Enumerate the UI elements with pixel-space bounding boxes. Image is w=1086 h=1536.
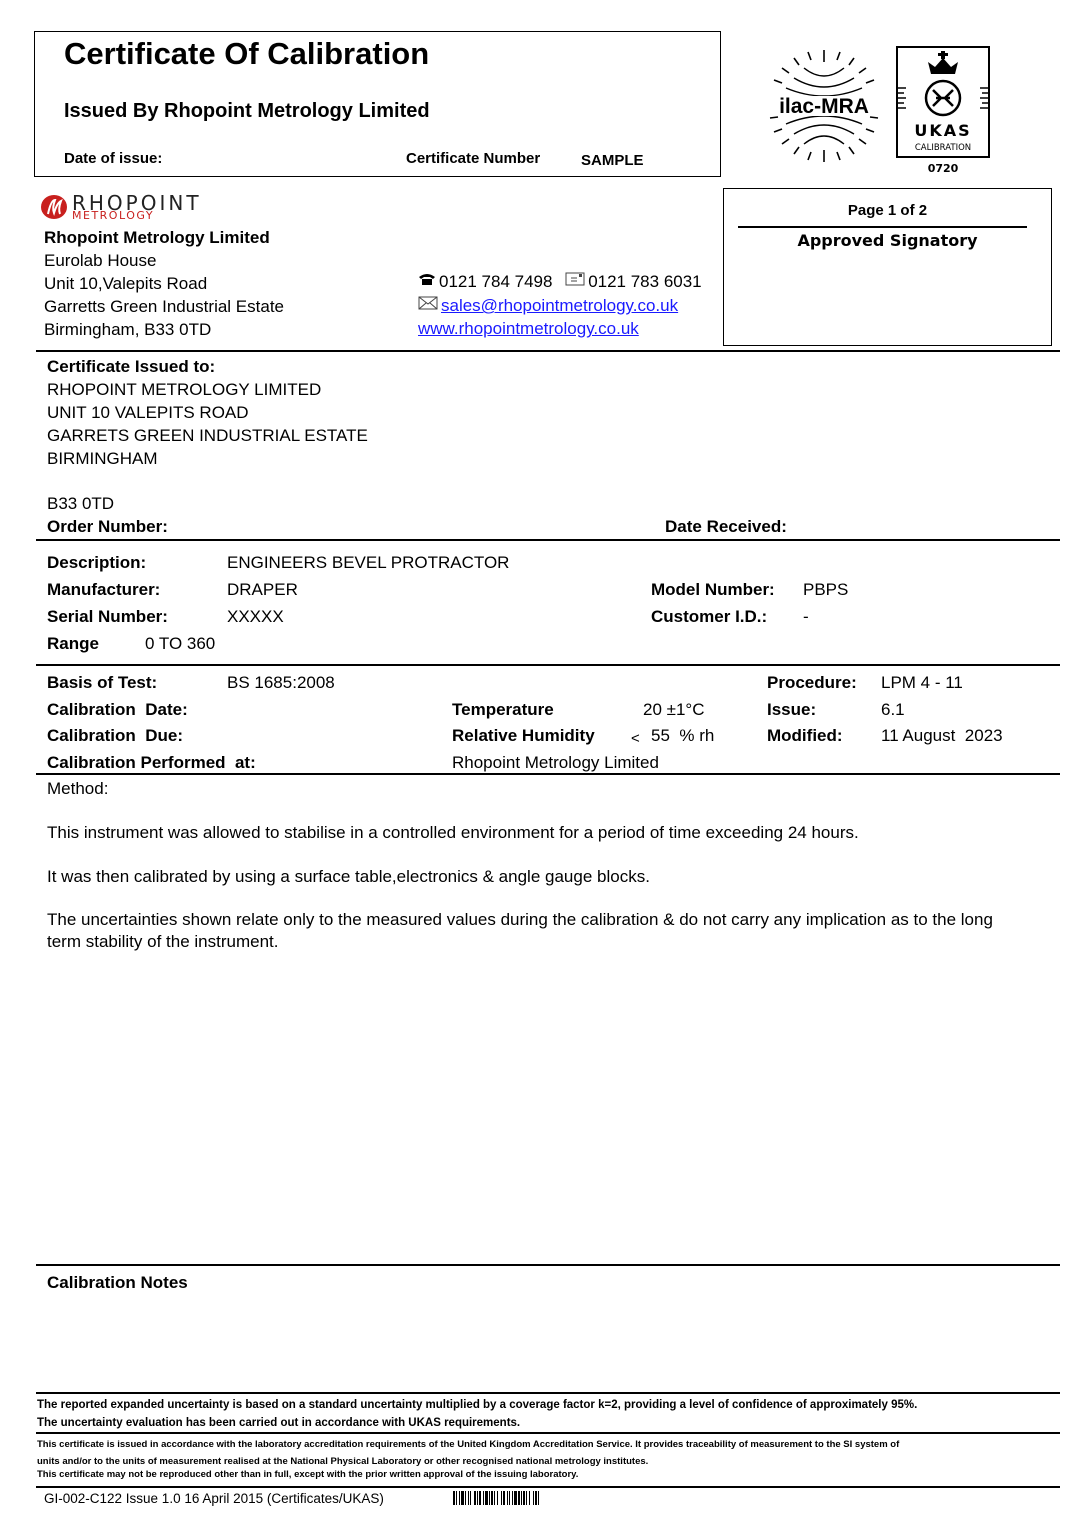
procedure-value: LPM 4 - 11 xyxy=(881,673,963,693)
fax-icon xyxy=(565,272,585,286)
signatory-divider xyxy=(738,226,1027,228)
fax-number: 0121 783 6031 xyxy=(588,272,701,291)
description-value: ENGINEERS BEVEL PROTRACTOR xyxy=(227,553,509,573)
issue-label: Issue: xyxy=(767,700,816,720)
contact-email-row: sales@rhopointmetrology.co.uk xyxy=(418,296,678,316)
company-address-line: Garretts Green Industrial Estate xyxy=(44,297,284,317)
order-number-label: Order Number: xyxy=(47,517,168,537)
modified-value: 11 August 2023 xyxy=(881,726,1003,746)
serial-number-label: Serial Number: xyxy=(47,607,168,627)
document-reference: GI-002-C122 Issue 1.0 16 April 2015 (Cer… xyxy=(44,1491,384,1506)
calibration-notes-label: Calibration Notes xyxy=(47,1273,188,1293)
ukas-accreditation-number: 0720 xyxy=(896,162,990,175)
issued-to-line: RHOPOINT METROLOGY LIMITED xyxy=(47,380,321,400)
performed-at-value: Rhopoint Metrology Limited xyxy=(452,753,659,773)
method-label: Method: xyxy=(47,779,108,799)
contact-phone-fax-row: 0121 784 7498 0121 783 6031 xyxy=(418,272,702,292)
date-of-issue-label: Date of issue: xyxy=(64,150,162,167)
legal-statement: This certificate is issued in accordance… xyxy=(37,1439,899,1450)
issued-to-line: B33 0TD xyxy=(47,494,114,514)
legal-statement: units and/or to the units of measurement… xyxy=(37,1456,648,1467)
method-paragraph: It was then calibrated by using a surfac… xyxy=(47,867,650,887)
company-name: Rhopoint Metrology Limited xyxy=(44,228,270,248)
date-received-label: Date Received: xyxy=(665,517,787,537)
calibration-due-label: Calibration Due: xyxy=(47,726,183,746)
range-label: Range xyxy=(47,634,99,654)
page-indicator: Page 1 of 2 xyxy=(724,202,1051,219)
uncertainty-statement: The reported expanded uncertainty is bas… xyxy=(37,1399,917,1411)
barcode-icon xyxy=(453,1491,639,1505)
issuer-subtitle: Issued By Rhopoint Metrology Limited xyxy=(64,100,430,123)
model-number-value: PBPS xyxy=(803,580,848,600)
rhopoint-logo: RHOPOINT METROLOGY xyxy=(40,192,270,222)
section-divider xyxy=(36,350,1060,352)
issued-to-label: Certificate Issued to: xyxy=(47,357,215,377)
basis-of-test-label: Basis of Test: xyxy=(47,673,157,693)
customer-id-value: - xyxy=(803,607,809,627)
legal-statement: This certificate may not be reproduced o… xyxy=(37,1469,578,1480)
logo-sub-text: METROLOGY xyxy=(72,209,154,222)
method-paragraph: This instrument was allowed to stabilise… xyxy=(47,823,859,843)
certificate-number-label: Certificate Number xyxy=(406,150,540,167)
uncertainty-statement: The uncertainty evaluation has been carr… xyxy=(37,1417,520,1429)
contact-website-row: www.rhopointmetrology.co.uk xyxy=(418,319,639,339)
ilac-mra-icon: ilac-MRA xyxy=(764,46,884,166)
company-address-line: Unit 10,Valepits Road xyxy=(44,274,207,294)
issue-value: 6.1 xyxy=(881,700,905,720)
section-divider xyxy=(36,773,1060,775)
rhopoint-swirl-icon xyxy=(40,194,68,220)
approved-signatory-label: Approved Signatory xyxy=(724,231,1051,250)
company-address-line: Birmingham, B33 0TD xyxy=(44,320,211,340)
certificate-title: Certificate Of Calibration xyxy=(64,36,429,72)
customer-id-label: Customer I.D.: xyxy=(651,607,767,627)
model-number-label: Model Number: xyxy=(651,580,775,600)
signatory-box: Page 1 of 2 Approved Signatory xyxy=(723,188,1052,346)
description-label: Description: xyxy=(47,553,146,573)
calibration-date-label: Calibration Date: xyxy=(47,700,188,720)
footer-divider xyxy=(36,1392,1060,1394)
envelope-icon xyxy=(418,296,438,310)
modified-label: Modified: xyxy=(767,726,843,746)
serial-number-value: XXXXX xyxy=(227,607,284,627)
company-address-line: Eurolab House xyxy=(44,251,156,271)
footer-divider xyxy=(36,1432,1060,1434)
issued-to-line: GARRETS GREEN INDUSTRIAL ESTATE xyxy=(47,426,368,446)
phone-number: 0121 784 7498 xyxy=(439,272,552,291)
manufacturer-value: DRAPER xyxy=(227,580,298,600)
email-link[interactable]: sales@rhopointmetrology.co.uk xyxy=(441,296,678,315)
svg-text:ilac-MRA: ilac-MRA xyxy=(779,95,869,118)
issued-to-line: BIRMINGHAM xyxy=(47,449,158,469)
ilac-mra-logo: ilac-MRA xyxy=(764,46,884,166)
barcode xyxy=(453,1491,639,1510)
ukas-logo: UKAS CALIBRATION xyxy=(896,46,990,158)
svg-text:CALIBRATION: CALIBRATION xyxy=(915,143,971,153)
section-divider xyxy=(36,664,1060,666)
website-link[interactable]: www.rhopointmetrology.co.uk xyxy=(418,319,639,338)
temperature-label: Temperature xyxy=(452,700,554,720)
section-divider xyxy=(36,539,1060,541)
section-divider xyxy=(36,1264,1060,1266)
footer-divider xyxy=(36,1486,1060,1488)
manufacturer-label: Manufacturer: xyxy=(47,580,160,600)
certificate-number-value: SAMPLE xyxy=(581,152,644,169)
svg-text:UKAS: UKAS xyxy=(914,121,971,140)
issued-to-line: UNIT 10 VALEPITS ROAD xyxy=(47,403,249,423)
temperature-value: 20 ±1°C xyxy=(643,700,705,720)
phone-icon xyxy=(418,272,436,286)
procedure-label: Procedure: xyxy=(767,673,857,693)
method-paragraph: term stability of the instrument. xyxy=(47,932,278,952)
performed-at-label: Calibration Performed at: xyxy=(47,753,256,773)
humidity-label: Relative Humidity xyxy=(452,726,595,746)
range-value: 0 TO 360 xyxy=(145,634,215,654)
basis-of-test-value: BS 1685:2008 xyxy=(227,673,335,693)
humidity-prefix: < xyxy=(631,730,640,747)
humidity-value: 55 % rh xyxy=(651,726,714,746)
ukas-crown-icon: UKAS CALIBRATION xyxy=(898,48,988,156)
method-paragraph: The uncertainties shown relate only to t… xyxy=(47,910,993,930)
